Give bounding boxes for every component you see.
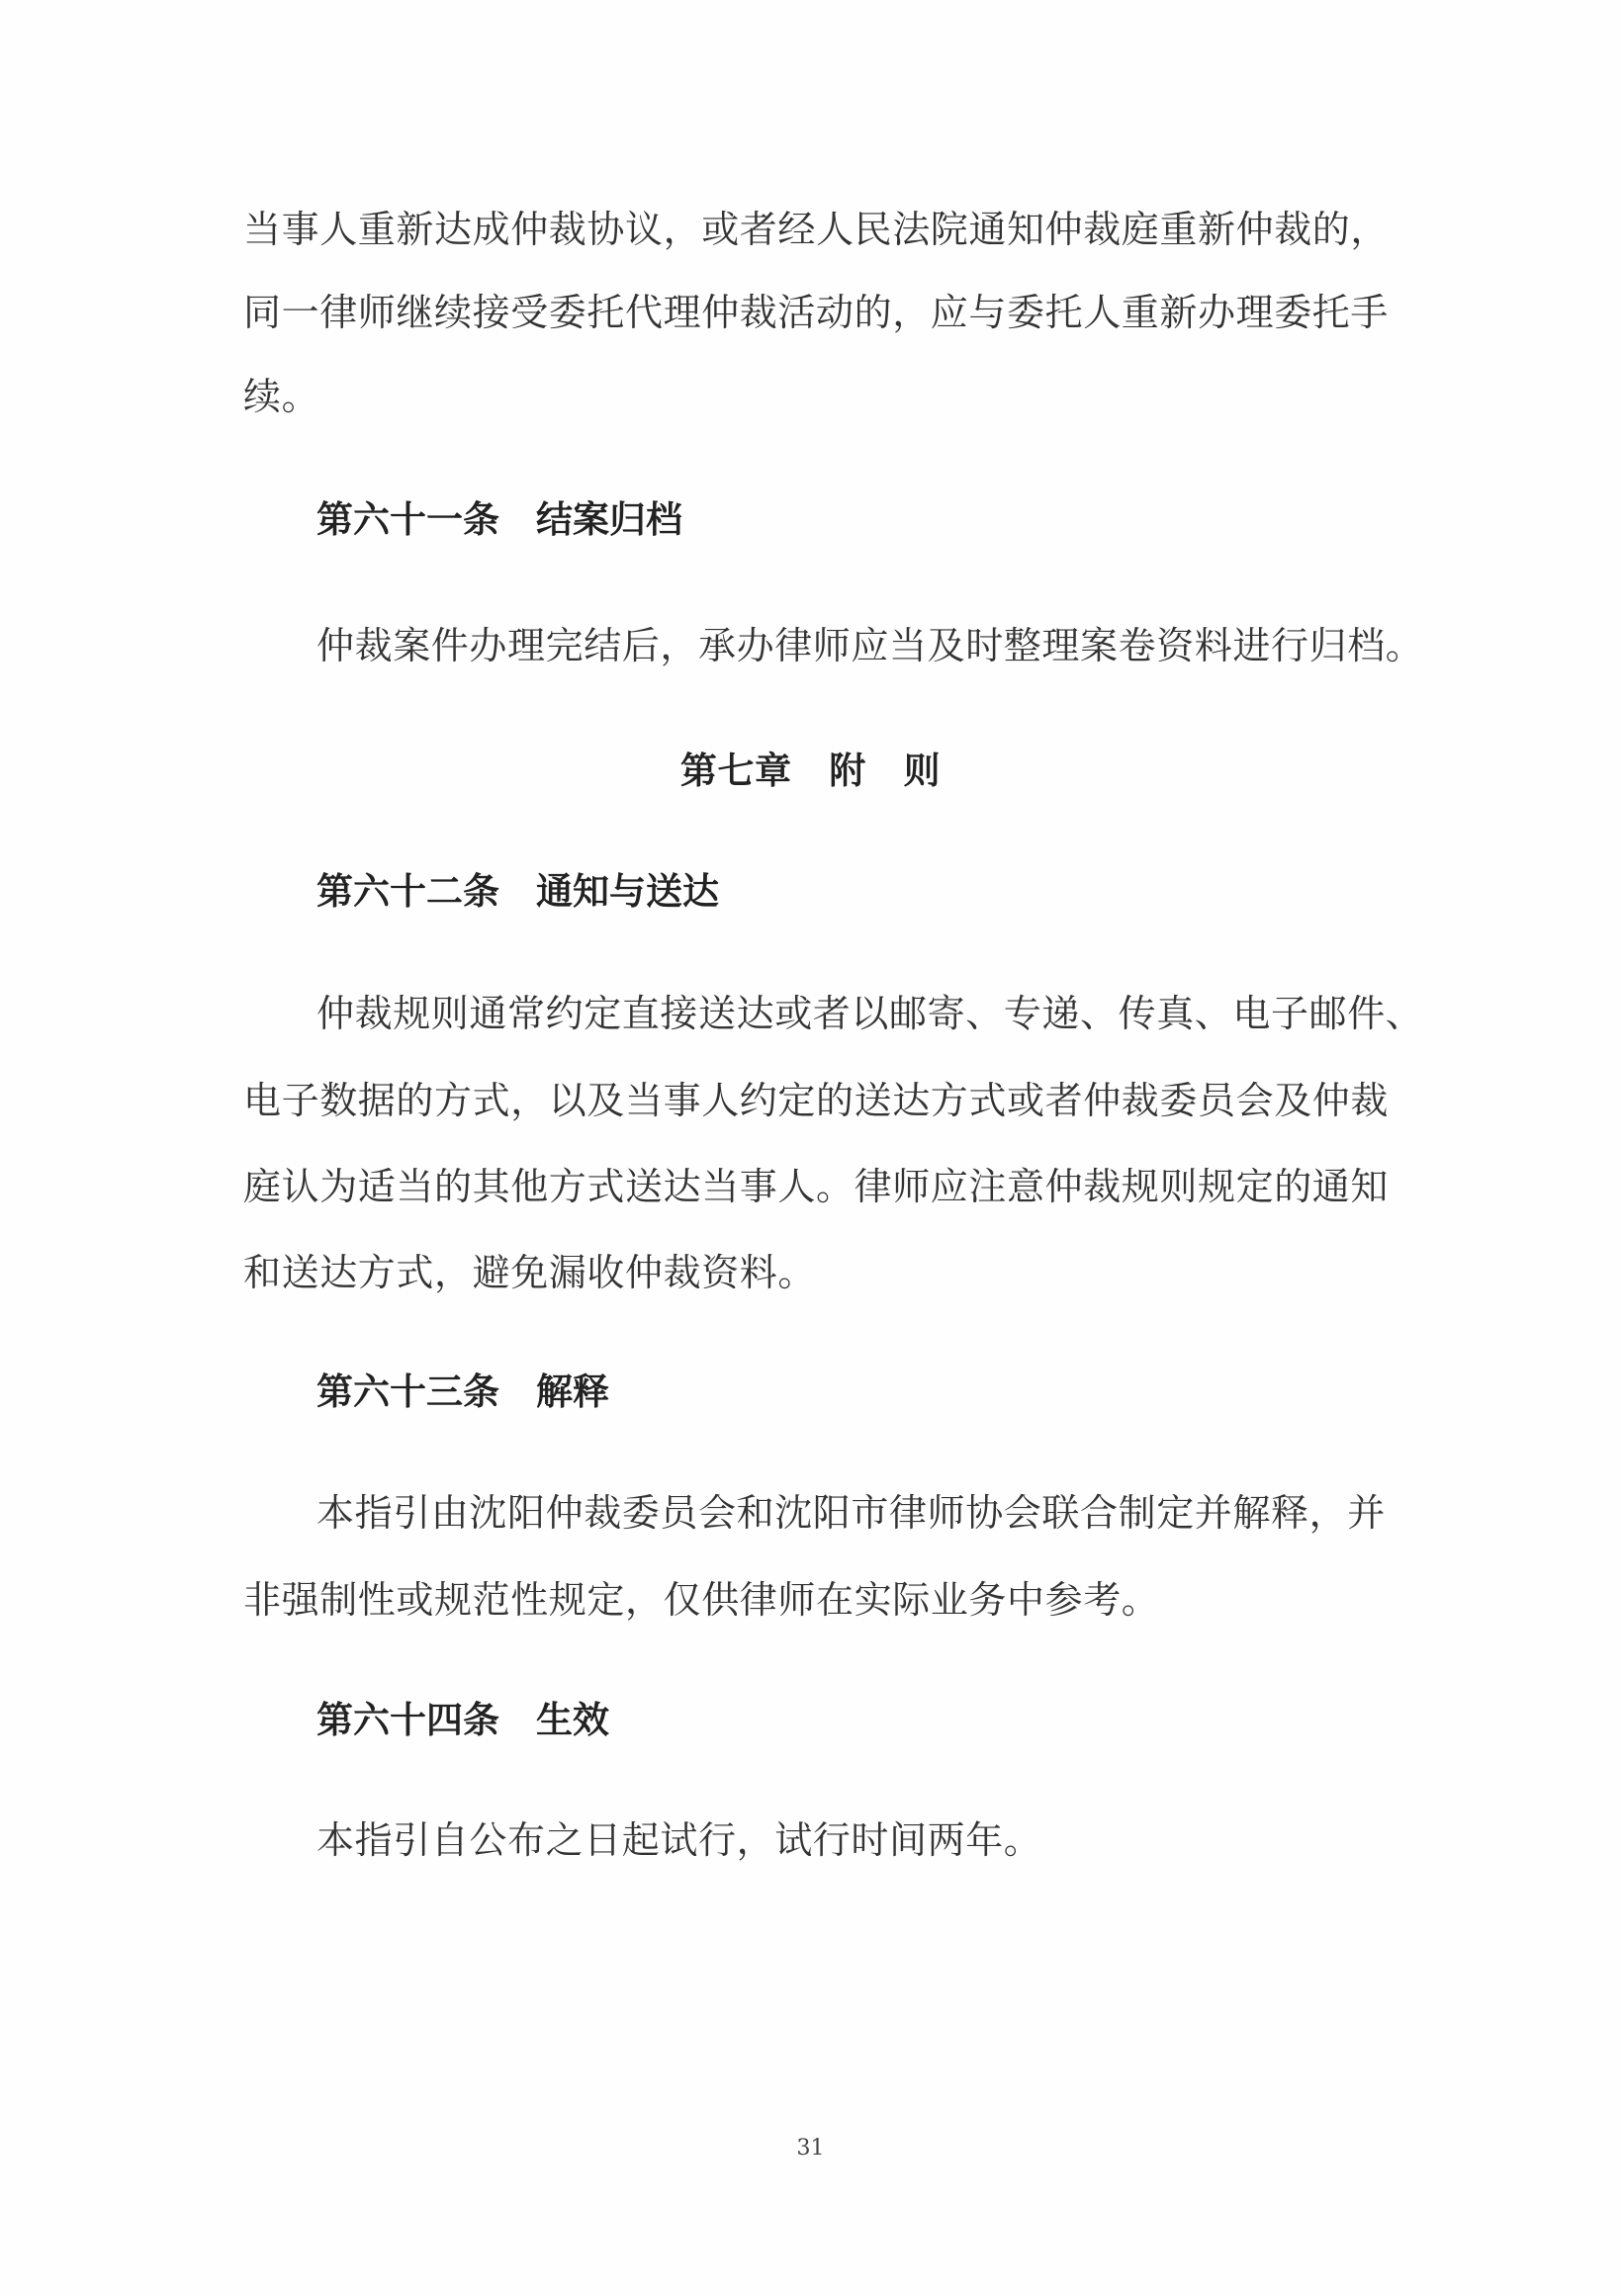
paragraph-line: 和送达方式，避免漏收仲裁资料。: [243, 1251, 816, 1294]
document-page: 当事人重新达成仲裁协议，或者经人民法院通知仲裁庭重新仲裁的， 同一律师继续接受委…: [0, 0, 1621, 2296]
paragraph-line: 仲裁案件办理完结后，承办律师应当及时整理案卷资料进行归档。: [316, 624, 1423, 667]
paragraph-line: 同一律师继续接受委托代理仲裁活动的，应与委托人重新办理委托手: [243, 291, 1389, 334]
paragraph-line: 庭认为适当的其他方式送达当事人。律师应注意仲裁规则规定的通知: [243, 1165, 1389, 1208]
paragraph-line: 本指引自公布之日起试行，试行时间两年。: [316, 1818, 1041, 1862]
chapter-title: 第七章 附 则: [0, 750, 1621, 793]
page-number: 31: [0, 2136, 1621, 2161]
article-heading: 第六十四条 生效: [316, 1699, 609, 1742]
paragraph-line: 本指引由沈阳仲裁委员会和沈阳市律师协会联合制定并解释，并: [316, 1491, 1386, 1535]
paragraph-line: 仲裁规则通常约定直接送达或者以邮寄、专递、传真、电子邮件、: [316, 992, 1423, 1035]
paragraph-line: 当事人重新达成仲裁协议，或者经人民法院通知仲裁庭重新仲裁的，: [243, 208, 1389, 251]
article-heading: 第六十一条 结案归档: [316, 498, 682, 542]
article-heading: 第六十二条 通知与送达: [316, 870, 719, 914]
article-heading: 第六十三条 解释: [316, 1370, 609, 1414]
paragraph-line: 非强制性或规范性规定，仅供律师在实际业务中参考。: [243, 1578, 1159, 1622]
paragraph-line: 电子数据的方式，以及当事人约定的送达方式或者仲裁委员会及仲裁: [243, 1079, 1389, 1122]
paragraph-line: 续。: [243, 375, 319, 418]
